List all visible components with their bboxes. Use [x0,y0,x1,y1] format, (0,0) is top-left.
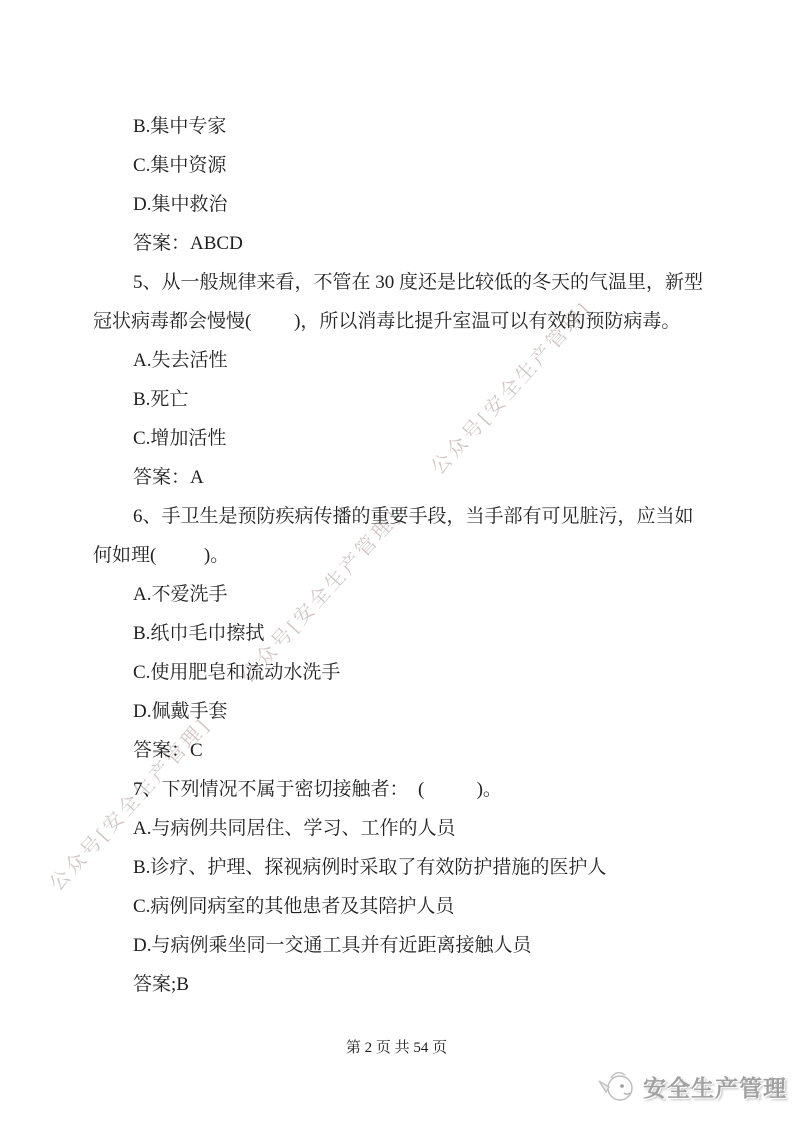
question-line: 5、从一般规律来看，不管在 30 度还是比较低的冬天的气温里，新型 [93,263,711,302]
option-line: A.与病例共同居住、学习、工作的人员 [93,809,711,848]
option-line: C.集中资源 [93,146,711,185]
answer-line: 答案：C [93,731,711,770]
option-line: B.诊疗、护理、探视病例时采取了有效防护措施的医护人 [93,848,711,887]
brand-name: 安全生产管理 [643,1070,787,1103]
answer-line: 答案：A [93,458,711,497]
brand-badge: 安全生产管理 [594,1066,787,1106]
page-footer: 第 2 页 共 54 页 [0,1036,793,1057]
option-line: A.不爱洗手 [93,575,711,614]
option-line: C.增加活性 [93,419,711,458]
option-line: D.佩戴手套 [93,692,711,731]
document-page: 公众号[安全生产管理] 公众号[安全生产管理] 公众号[安全生产管理] B.集中… [0,0,793,1122]
answer-line: 答案：ABCD [93,224,711,263]
question-line-continuation: 冠状病毒都会慢慢( )，所以消毒比提升室温可以有效的预防病毒。 [93,302,711,341]
option-line: B.集中专家 [93,107,711,146]
option-line: C.使用肥皂和流动水洗手 [93,653,711,692]
page-number: 第 2 页 共 54 页 [346,1040,447,1056]
mascot-logo-icon [594,1066,638,1106]
option-line: A.失去活性 [93,341,711,380]
option-line: D.集中救治 [93,185,711,224]
option-line: B.死亡 [93,380,711,419]
question-line: 6、手卫生是预防疾病传播的重要手段，当手部有可见脏污，应当如 [93,497,711,536]
answer-line: 答案;B [93,965,711,1004]
option-line: B.纸巾毛巾擦拭 [93,614,711,653]
question-line: 7、下列情况不属于密切接触者： ( )。 [93,770,711,809]
question-line-continuation: 何如理( )。 [93,536,711,575]
document-content: B.集中专家 C.集中资源 D.集中救治 答案：ABCD 5、从一般规律来看，不… [93,107,711,1004]
option-line: C.病例同病室的其他患者及其陪护人员 [93,887,711,926]
option-line: D.与病例乘坐同一交通工具并有近距离接触人员 [93,926,711,965]
